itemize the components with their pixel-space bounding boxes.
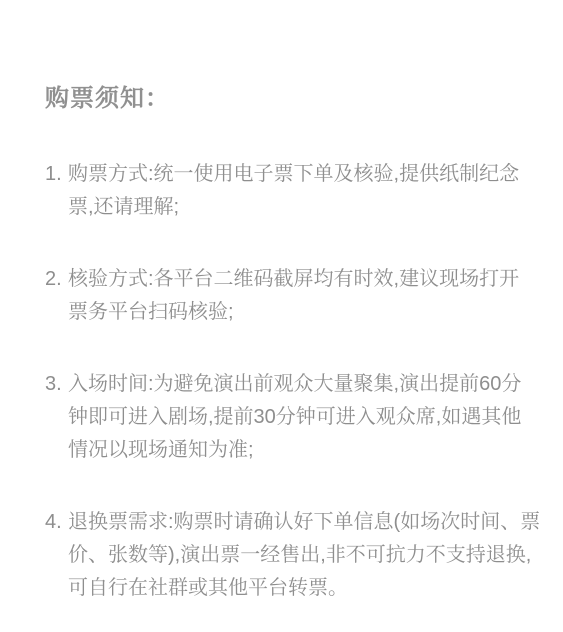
list-item: 1. 购票方式:统一使用电子票下单及核验,提供纸制纪念 票,还请理解; (45, 158, 523, 224)
item-text: 入场时间:为避免演出前观众大量聚集,演出提前60分 钟即可进入剧场,提前30分钟… (68, 368, 523, 467)
list-item: 3. 入场时间:为避免演出前观众大量聚集,演出提前60分 钟即可进入剧场,提前3… (45, 368, 523, 467)
item-line: 可自行在社群或其他平台转票。 (68, 572, 523, 605)
item-text: 核验方式:各平台二维码截屏均有时效,建议现场打开 票务平台扫码核验; (68, 263, 523, 329)
list-item: 2. 核验方式:各平台二维码截屏均有时效,建议现场打开 票务平台扫码核验; (45, 263, 523, 329)
item-number: 1. (45, 158, 68, 191)
list-item: 4. 退换票需求:购票时请确认好下单信息(如场次时间、票 价、张数等),演出票一… (45, 506, 523, 605)
item-line: 价、张数等),演出票一经售出,非不可抗力不支持退换, (68, 539, 523, 572)
item-line: 购票方式:统一使用电子票下单及核验,提供纸制纪念 (68, 158, 523, 191)
page-title: 购票须知： (45, 84, 523, 113)
item-line: 钟即可进入剧场,提前30分钟可进入观众席,如遇其他 (68, 401, 523, 434)
item-line: 入场时间:为避免演出前观众大量聚集,演出提前60分 (68, 368, 523, 401)
item-line: 退换票需求:购票时请确认好下单信息(如场次时间、票 (68, 506, 523, 539)
item-line: 票,还请理解; (68, 191, 523, 224)
item-number: 2. (45, 263, 68, 296)
notice-page: 购票须知： 1. 购票方式:统一使用电子票下单及核验,提供纸制纪念 票,还请理解… (0, 0, 563, 632)
item-line: 情况以现场通知为准; (68, 434, 523, 467)
item-line: 票务平台扫码核验; (68, 296, 523, 329)
item-text: 购票方式:统一使用电子票下单及核验,提供纸制纪念 票,还请理解; (68, 158, 523, 224)
notice-list: 1. 购票方式:统一使用电子票下单及核验,提供纸制纪念 票,还请理解; 2. 核… (45, 158, 523, 605)
item-number: 4. (45, 506, 68, 539)
item-text: 退换票需求:购票时请确认好下单信息(如场次时间、票 价、张数等),演出票一经售出… (68, 506, 523, 605)
item-line: 核验方式:各平台二维码截屏均有时效,建议现场打开 (68, 263, 523, 296)
item-number: 3. (45, 368, 68, 401)
